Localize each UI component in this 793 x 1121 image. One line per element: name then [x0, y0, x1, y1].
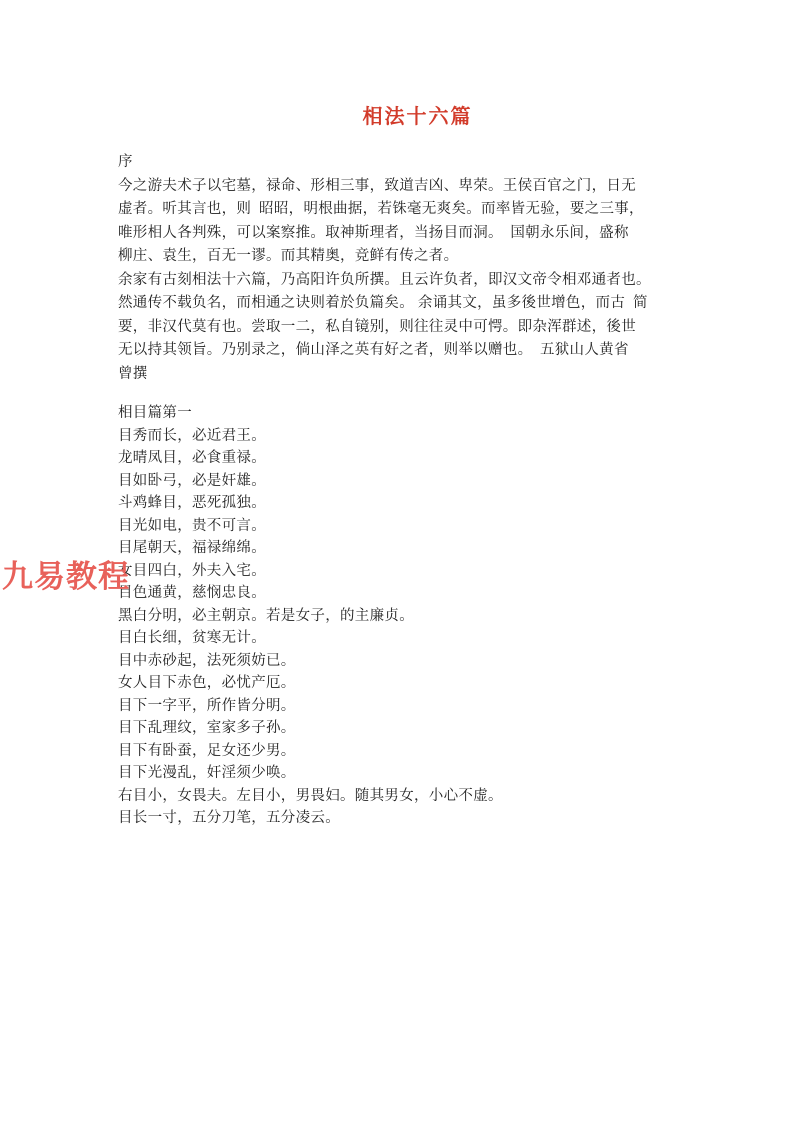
- section-eye-physiognomy: 相目篇第一目秀而长，必近君王。龙晴凤目，必食重禄。目如卧弓，必是奸雄。斗鸡蜂目，…: [118, 402, 503, 830]
- text-line: 相目篇第一: [118, 402, 503, 425]
- preface-paragraph: 序今之游夫术子以宅墓，禄命、形相三事，致道吉凶、卑荣。王侯百官之门，日无虚者。听…: [118, 151, 651, 386]
- text-line: 目下有卧蚕，足女还少男。: [118, 740, 503, 763]
- text-line: 柳庄、袁生，百无一谬。而其精奥，竞鲜有传之者。: [118, 245, 651, 269]
- text-line: 曾撰: [118, 363, 651, 387]
- text-line: 目秀而长，必近君王。: [118, 425, 503, 448]
- text-line: 女人目下赤色，必忧产厄。: [118, 672, 503, 695]
- text-line: 然通传不载负名，而相通之诀则着於负篇矣。 余诵其文，虽多後世增色，而古 简: [118, 292, 651, 316]
- text-line: 唯形相人各判殊，可以案察推。取神斯理者，当扬目而洞。 国朝永乐间，盛称: [118, 222, 651, 246]
- text-line: 要，非汉代莫有也。尝取一二，私自镜别，则往往灵中可愕。即杂浑群述，後世: [118, 316, 651, 340]
- text-line: 黑白分明，必主朝京。若是女子，的主廉贞。: [118, 605, 503, 628]
- page-title: 相法十六篇: [0, 100, 793, 129]
- text-line: 右目小，女畏夫。左目小，男畏妇。随其男女，小心不虚。: [118, 785, 503, 808]
- text-line: 目尾朝天，福禄绵绵。: [118, 537, 503, 560]
- watermark-text: 九易教程: [2, 551, 130, 596]
- text-line: 目色通黄，慈悯忠良。: [118, 582, 503, 605]
- text-line: 目如卧弓，必是奸雄。: [118, 470, 503, 493]
- text-line: 虚者。听其言也，则 昭昭，明根曲据，若铢毫无爽矣。而率皆无验，要之三事，: [118, 198, 651, 222]
- text-line: 序: [118, 151, 651, 175]
- text-line: 无以持其领旨。乃别录之，倘山泽之英有好之者，则举以赠也。 五狱山人黄省: [118, 339, 651, 363]
- text-line: 斗鸡蜂目，恶死孤独。: [118, 492, 503, 515]
- text-line: 龙晴凤目，必食重禄。: [118, 447, 503, 470]
- text-line: 目下乱理纹，室家多子孙。: [118, 717, 503, 740]
- text-line: 目光如电，贵不可言。: [118, 515, 503, 538]
- text-line: 目长一寸，五分刀笔，五分凌云。: [118, 807, 503, 830]
- text-line: 目白长细，贫寒无计。: [118, 627, 503, 650]
- text-line: 女目四白，外夫入宅。: [118, 560, 503, 583]
- document-page: 相法十六篇 序今之游夫术子以宅墓，禄命、形相三事，致道吉凶、卑荣。王侯百官之门，…: [0, 0, 793, 1121]
- text-line: 余家有古刻相法十六篇，乃高阳许负所撰。且云许负者，即汉文帝令相邓通者也。: [118, 269, 651, 293]
- text-line: 目中赤砂起，法死须妨已。: [118, 650, 503, 673]
- text-line: 目下光漫乱，奸淫须少唤。: [118, 762, 503, 785]
- text-line: 目下一字平，所作皆分明。: [118, 695, 503, 718]
- text-line: 今之游夫术子以宅墓，禄命、形相三事，致道吉凶、卑荣。王侯百官之门，日无: [118, 175, 651, 199]
